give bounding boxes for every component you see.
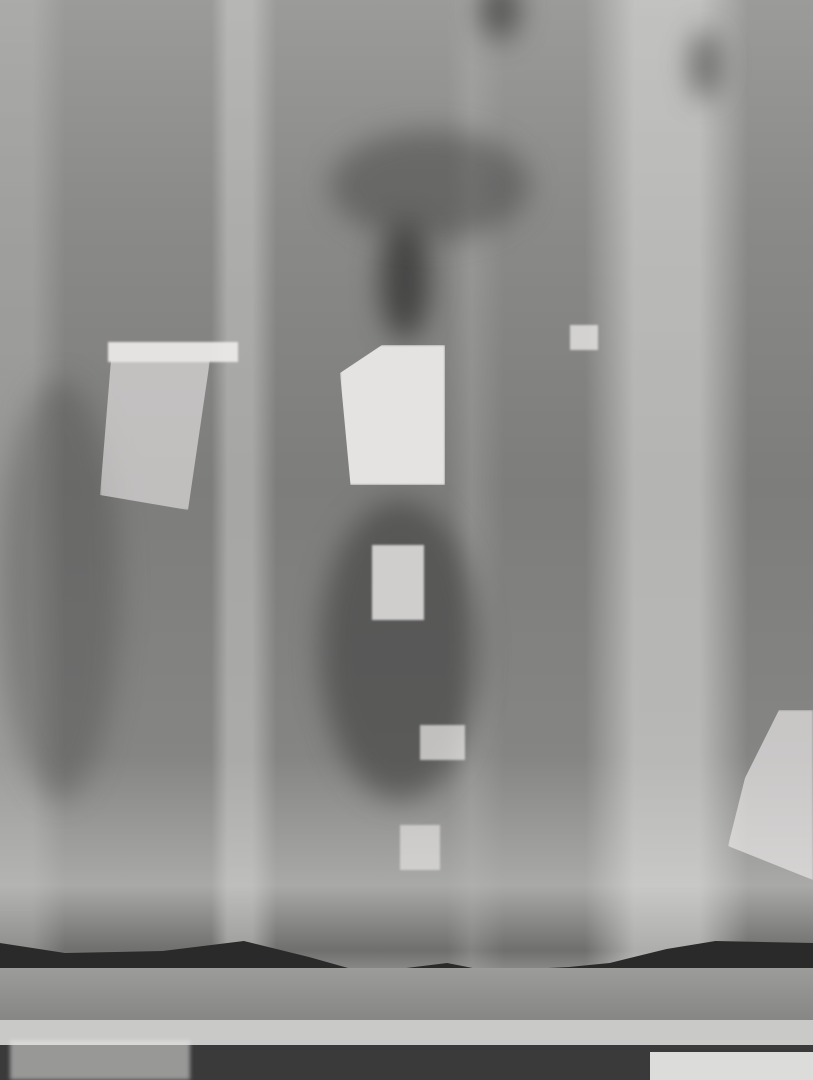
light-patch — [728, 710, 813, 880]
ink-blot — [0, 380, 120, 800]
abstract-artwork — [0, 0, 813, 1080]
ink-blot — [330, 130, 530, 240]
light-patch — [570, 325, 598, 350]
ink-blot — [690, 30, 720, 100]
light-patch — [100, 360, 210, 510]
light-patch — [372, 545, 424, 620]
light-patch — [340, 345, 445, 485]
ink-blot — [480, 0, 520, 40]
light-patch — [108, 342, 238, 362]
light-patch — [10, 1040, 190, 1080]
light-patch — [400, 825, 440, 870]
gray-band — [0, 968, 813, 1023]
light-patch — [420, 725, 465, 760]
light-patch — [650, 1052, 813, 1080]
